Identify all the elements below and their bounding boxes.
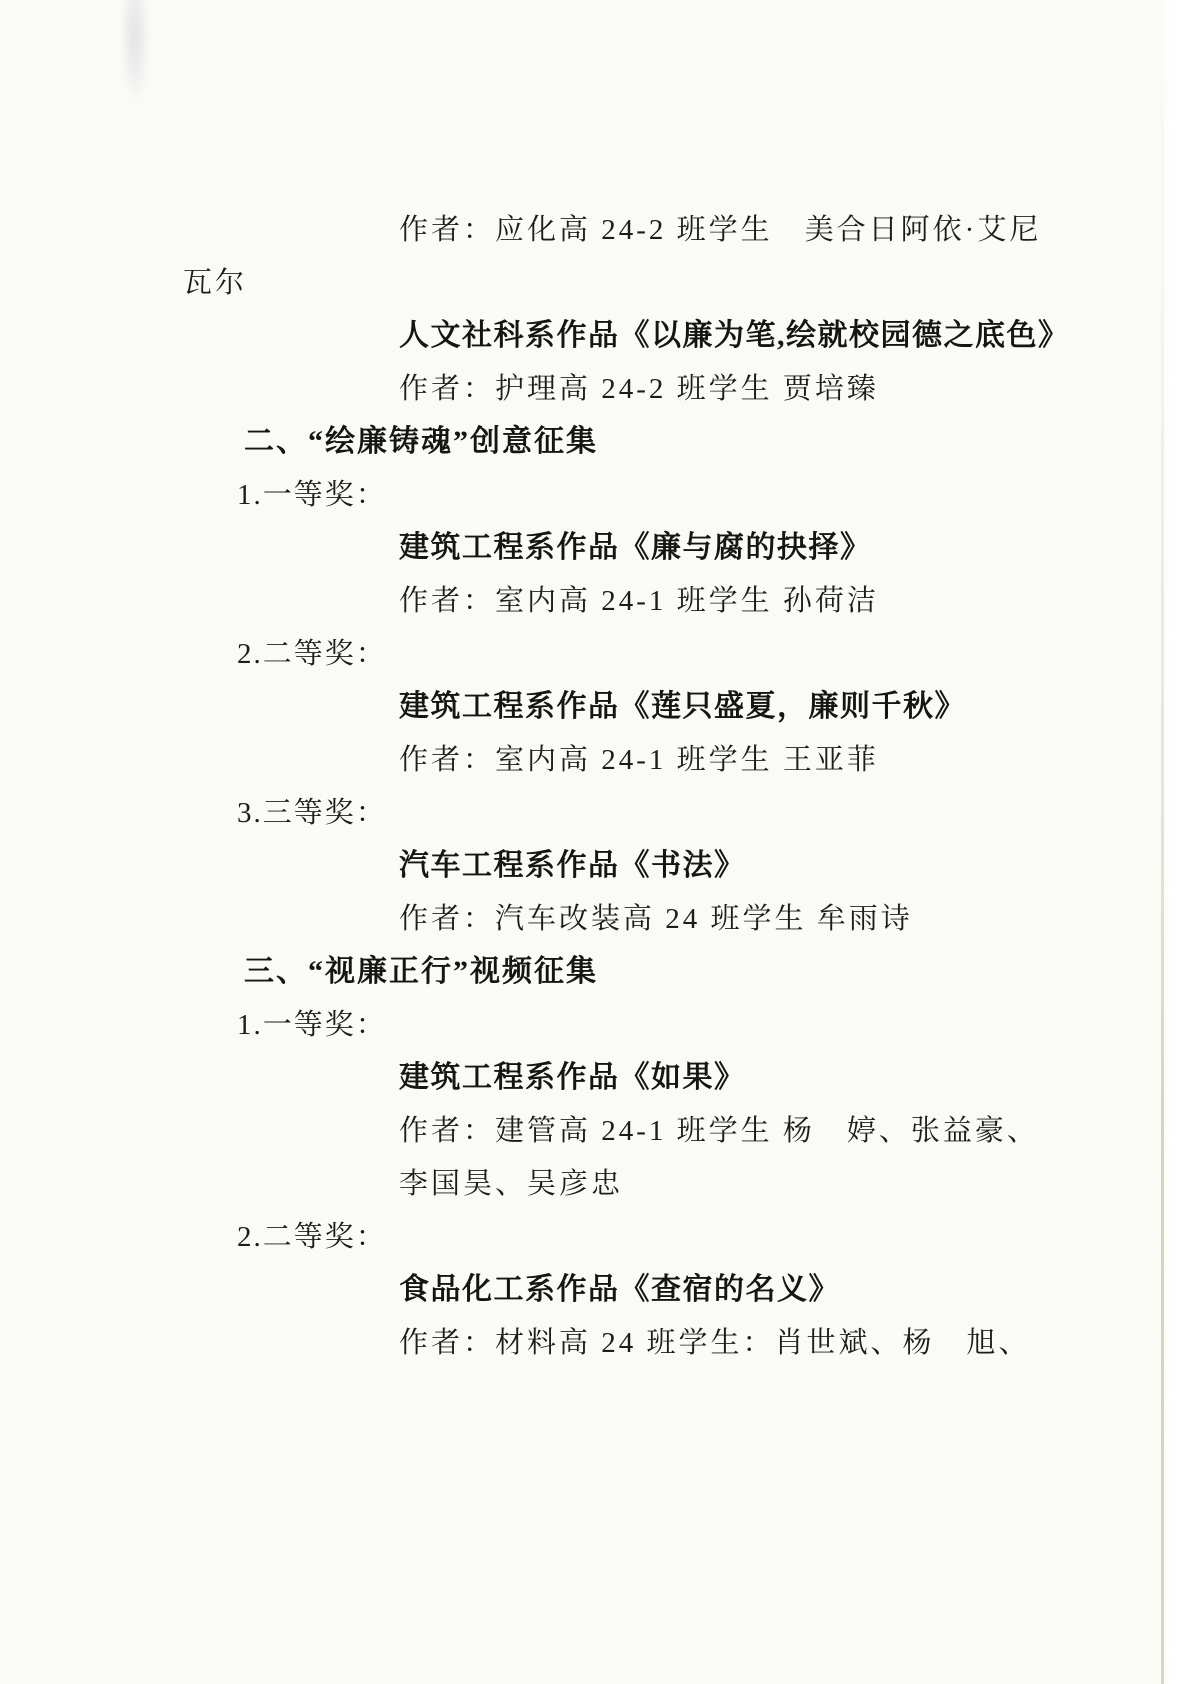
doc-line-title: 建筑工程系作品《莲只盛夏，廉则千秋》 bbox=[0, 686, 1190, 739]
doc-line-author: 作者：建管高 24-1 班学生 杨 婷、张益豪、 bbox=[0, 1110, 1190, 1163]
doc-line-author: 作者：材料高 24 班学生：肖世斌、杨 旭、 bbox=[0, 1322, 1190, 1375]
doc-line-rank: 1.一等奖： bbox=[0, 1004, 1190, 1057]
doc-line-title: 汽车工程系作品《书法》 bbox=[0, 845, 1190, 898]
doc-line-section: 二、“绘廉铸魂”创意征集 bbox=[0, 421, 1190, 474]
doc-line-author: 作者：护理高 24-2 班学生 贾培臻 bbox=[0, 368, 1190, 421]
doc-line-rank: 2.二等奖： bbox=[0, 633, 1190, 686]
doc-line-section: 三、“视廉正行”视频征集 bbox=[0, 951, 1190, 1004]
doc-line-title: 人文社科系作品《以廉为笔,绘就校园德之底色》 bbox=[0, 315, 1190, 368]
doc-line-rank: 2.二等奖： bbox=[0, 1216, 1190, 1269]
doc-line-author: 作者：室内高 24-1 班学生 王亚菲 bbox=[0, 739, 1190, 792]
document-page: 作者：应化高 24-2 班学生 美合日阿依·艾尼瓦尔人文社科系作品《以廉为笔,绘… bbox=[0, 0, 1190, 1684]
doc-line-author: 作者：汽车改装高 24 班学生 牟雨诗 bbox=[0, 898, 1190, 951]
doc-line-wrap-margin: 瓦尔 bbox=[0, 262, 1190, 315]
document-body: 作者：应化高 24-2 班学生 美合日阿依·艾尼瓦尔人文社科系作品《以廉为笔,绘… bbox=[0, 209, 1190, 1375]
doc-line-rank: 1.一等奖： bbox=[0, 474, 1190, 527]
doc-line-author: 作者：应化高 24-2 班学生 美合日阿依·艾尼 bbox=[0, 209, 1190, 262]
doc-line-rank: 3.三等奖： bbox=[0, 792, 1190, 845]
doc-line-author: 作者：室内高 24-1 班学生 孙荷洁 bbox=[0, 580, 1190, 633]
doc-line-wrap-body: 李国昊、吴彦忠 bbox=[0, 1163, 1190, 1216]
scan-smudge bbox=[120, 0, 150, 108]
doc-line-title: 食品化工系作品《查宿的名义》 bbox=[0, 1269, 1190, 1322]
doc-line-title: 建筑工程系作品《如果》 bbox=[0, 1057, 1190, 1110]
doc-line-title: 建筑工程系作品《廉与腐的抉择》 bbox=[0, 527, 1190, 580]
